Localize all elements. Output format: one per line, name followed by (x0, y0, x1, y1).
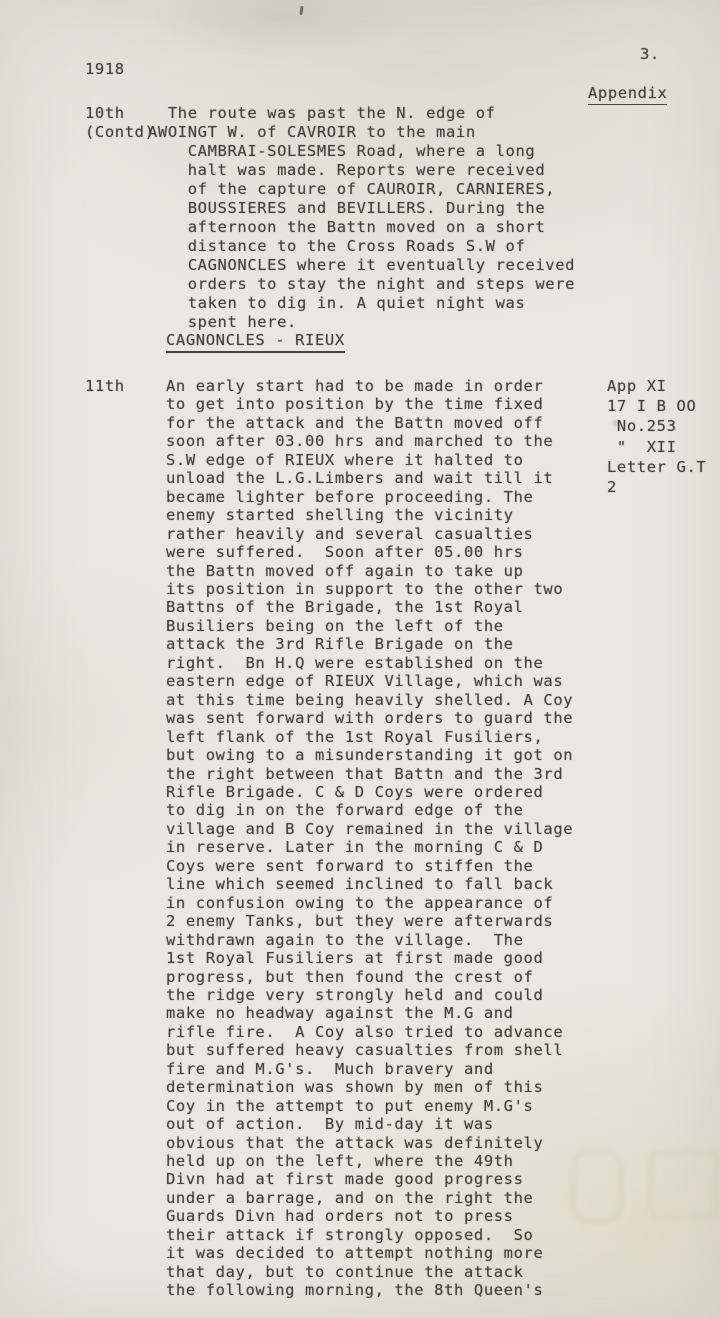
entry-10th-date-label: 10th (Contd) (85, 104, 155, 142)
entry-10th-body-text: The route was past the N. edge of AWOING… (148, 104, 575, 332)
document-page: 1918 3. Appendix 10th (Contd) The route … (0, 0, 720, 1318)
entry-11th-body-text: An early start had to be made in order t… (166, 377, 573, 1300)
page-number: 3. (640, 45, 660, 63)
paper-stain (648, 1150, 720, 1220)
appendix-margin-notes: App XI 17 I B OO No.253 " XII Letter G.T… (607, 376, 706, 497)
section-heading-cagnoncles-rieux: CAGNONCLES - RIEUX (166, 331, 345, 353)
ink-speck (299, 6, 303, 15)
paper-smudge (150, 0, 410, 60)
paper-stain (570, 1148, 624, 1224)
year-label: 1918 (85, 60, 125, 78)
appendix-column-header: Appendix (588, 84, 667, 105)
entry-11th-date-label: 11th (85, 377, 125, 395)
